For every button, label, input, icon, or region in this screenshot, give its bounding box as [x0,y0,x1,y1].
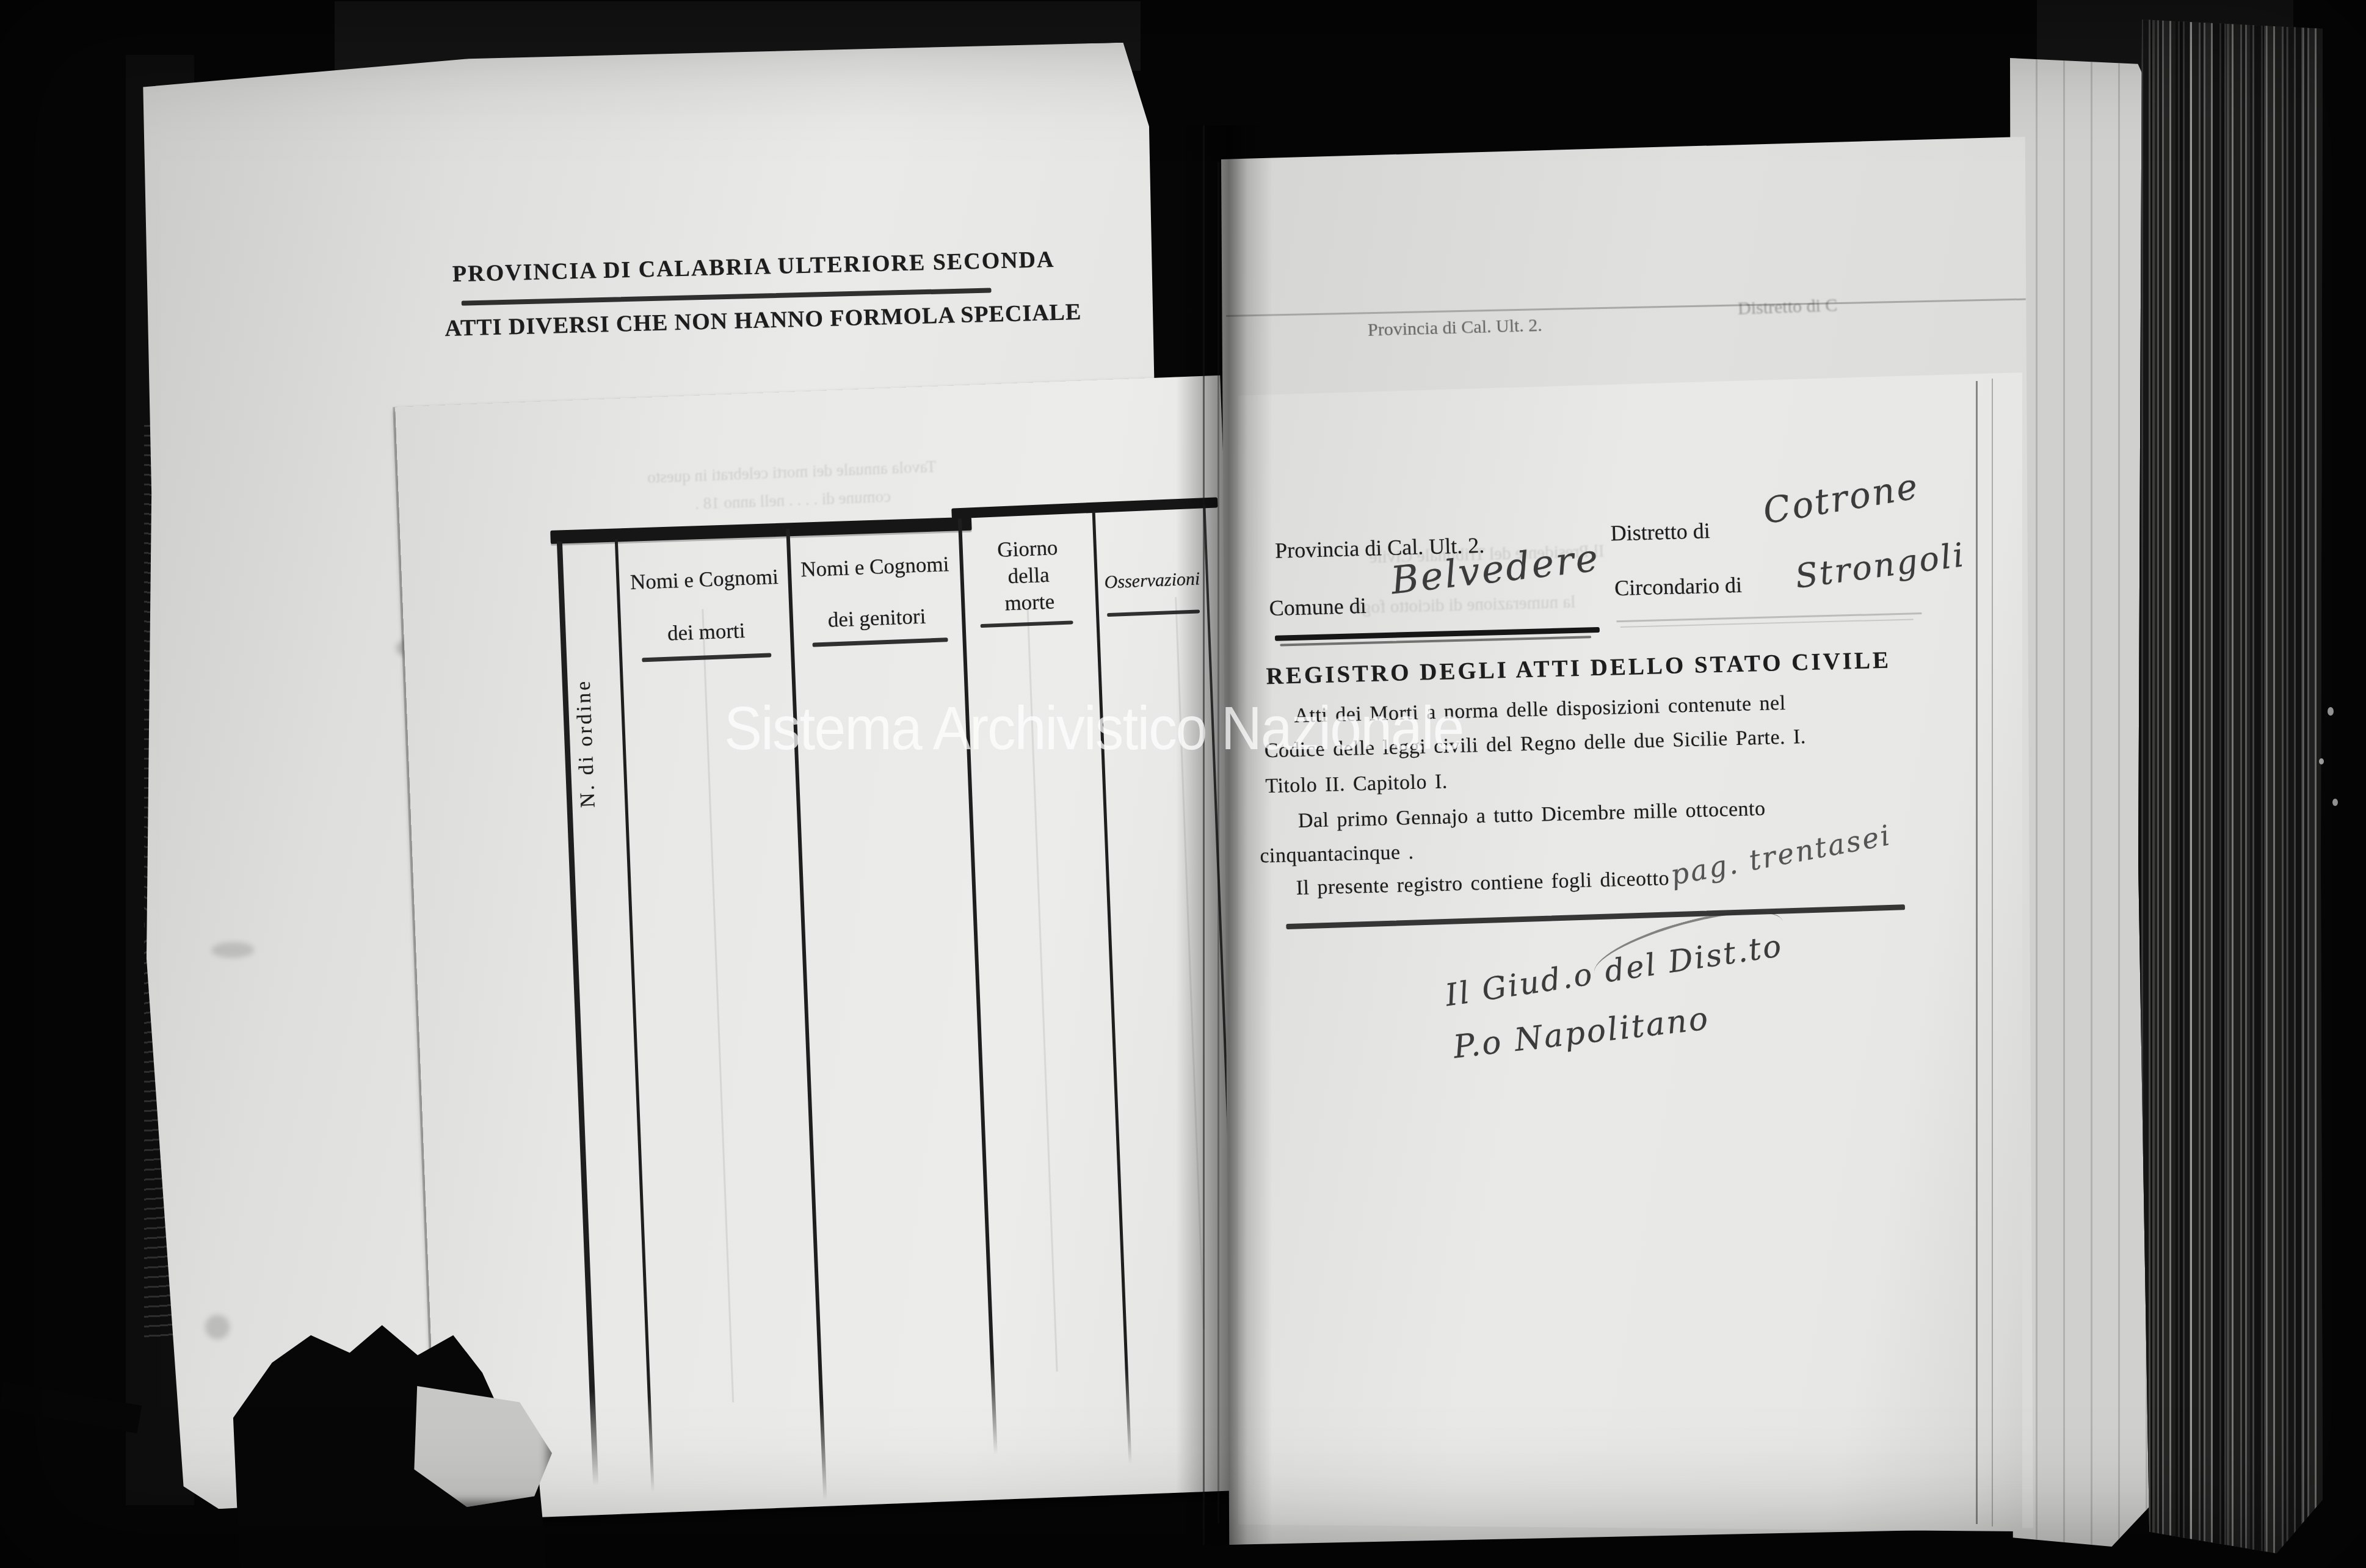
para2-line1: Dal primo Gennajo a tutto Dicembre mille… [1297,797,1766,833]
distretto-label: Distretto di [1610,518,1710,546]
table-header-morti-line1: Nomi e Cognomi [624,564,785,595]
table-header-giorno-line2: della [962,561,1095,590]
signature-line1: Il Giud.o del Dist.to [1443,928,1785,1014]
table-column-line [1092,511,1132,1464]
province-heading: PROVINCIA DI CALABRIA ULTERIORE SECONDA [452,247,1003,288]
shadow-damage-sliver [0,1381,142,1433]
table-header-genitori-line1: Nomi e Cognomi [793,552,956,583]
book-gutter-shadow [1176,125,1272,1545]
gutter-fold-line [1217,162,1219,1523]
right-register-page: Il Presidente del Tribunale Civile la nu… [1238,372,2022,1531]
photo-speck [2332,799,2338,806]
comune-label: Comune di [1269,593,1366,621]
under-page-distretto-text: Distretto di C [1737,295,1837,319]
registro-heading: REGISTRO DEGLI ATTI DELLO STATO CIVILE [1266,646,1891,690]
distretto-handwritten-value: Cotrone [1760,465,1923,532]
circondario-label: Circondario di [1614,572,1743,601]
under-page-provincia-text: Provincia di Cal. Ult. 2. [1368,315,1543,341]
table-header-underline [642,653,771,662]
left-table-page: Tavola annuale dei morti celebrati in qu… [395,376,1263,1522]
paper-stain [211,942,254,958]
bleed-through-text: Tavola annuale dei morti celebrati in qu… [602,451,982,521]
table-column-line [786,529,827,1500]
paper-stain [205,1315,230,1340]
photo-speck [2328,707,2334,716]
table-column-line [958,518,998,1454]
closing-rule [1286,904,1905,929]
fogli-handwritten-value: pag. trentasei [1668,818,1894,891]
archive-watermark: Sistema Archivistico Nazionale [724,694,1464,764]
gutter-fold-line [1203,125,1205,1545]
right-page-content: Il Presidente del Tribunale Civile la nu… [1236,371,2050,1550]
table-column-line [615,539,655,1492]
bleed-through-text: la numerazione di diciotto fogli [1352,592,1575,619]
under-sheet-edge [1226,299,2026,317]
register-table: N. di ordine Nomi e Cognomi dei morti No… [557,517,1247,1498]
table-top-border [550,517,971,544]
table-header-genitori-line2: dei genitori [795,603,958,634]
table-header-giorno-line3: morte [963,588,1096,617]
circondario-handwritten-value: Strongoli [1793,535,1967,596]
para1-line3: Titolo II. Capitolo I. [1265,770,1448,798]
archival-photo: PROVINCIA DI CALABRIA ULTERIORE SECONDA … [0,0,2366,1568]
photo-speck [2319,758,2324,764]
fore-edge-page-stack [2138,20,2323,1553]
table-header-giorno-line1: Giorno [961,534,1094,564]
table-header-underline [813,637,948,647]
table-header-morti-line2: dei morti [626,617,786,647]
para2-line2: cinquantacinque . [1260,841,1414,868]
acts-heading: ATTI DIVERSI CHE NON HANNO FORMOLA SPECI… [445,300,1013,342]
signature-line2: P.o Napolitano [1451,1000,1711,1065]
table-header-ordine: N. di ordine [568,570,600,808]
fogli-line: Il presente registro contiene fogli dice… [1296,867,1669,900]
